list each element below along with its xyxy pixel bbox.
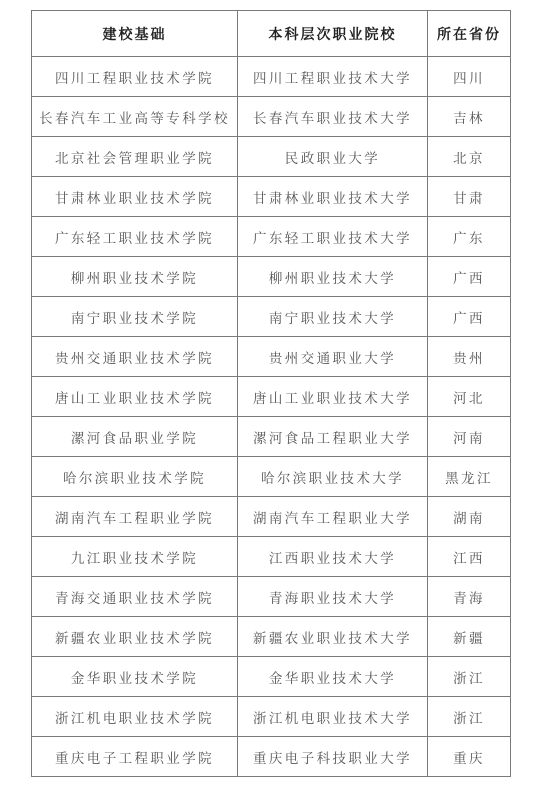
cell-university: 贵州交通职业大学 <box>238 337 428 377</box>
table-row: 甘肃林业职业技术学院 甘肃林业职业技术大学 甘肃 <box>32 177 511 217</box>
cell-university: 漯河食品工程职业大学 <box>238 417 428 457</box>
table-row: 哈尔滨职业技术学院 哈尔滨职业技术大学 黑龙江 <box>32 457 511 497</box>
cell-university: 广东轻工职业技术大学 <box>238 217 428 257</box>
table-row: 浙江机电职业技术学院 浙江机电职业技术大学 浙江 <box>32 697 511 737</box>
cell-province: 黑龙江 <box>428 457 511 497</box>
table-row: 新疆农业职业技术学院 新疆农业职业技术大学 新疆 <box>32 617 511 657</box>
cell-university: 长春汽车职业技术大学 <box>238 97 428 137</box>
cell-university: 金华职业技术大学 <box>238 657 428 697</box>
cell-founding-basis: 浙江机电职业技术学院 <box>32 697 238 737</box>
cell-province: 贵州 <box>428 337 511 377</box>
cell-university: 四川工程职业技术大学 <box>238 57 428 97</box>
cell-university: 唐山工业职业技术大学 <box>238 377 428 417</box>
table-row: 九江职业技术学院 江西职业技术大学 江西 <box>32 537 511 577</box>
cell-province: 四川 <box>428 57 511 97</box>
cell-province: 北京 <box>428 137 511 177</box>
cell-province: 江西 <box>428 537 511 577</box>
cell-founding-basis: 漯河食品职业学院 <box>32 417 238 457</box>
cell-province: 广东 <box>428 217 511 257</box>
cell-founding-basis: 长春汽车工业高等专科学校 <box>32 97 238 137</box>
cell-founding-basis: 广东轻工职业技术学院 <box>32 217 238 257</box>
cell-province: 浙江 <box>428 657 511 697</box>
header-province: 所在省份 <box>428 11 511 57</box>
schools-table: 建校基础 本科层次职业院校 所在省份 四川工程职业技术学院 四川工程职业技术大学… <box>31 10 511 777</box>
cell-founding-basis: 唐山工业职业技术学院 <box>32 377 238 417</box>
cell-university: 湖南汽车工程职业大学 <box>238 497 428 537</box>
cell-founding-basis: 九江职业技术学院 <box>32 537 238 577</box>
cell-university: 重庆电子科技职业大学 <box>238 737 428 777</box>
table-row: 贵州交通职业技术学院 贵州交通职业大学 贵州 <box>32 337 511 377</box>
table-row: 金华职业技术学院 金华职业技术大学 浙江 <box>32 657 511 697</box>
cell-founding-basis: 湖南汽车工程职业学院 <box>32 497 238 537</box>
cell-founding-basis: 哈尔滨职业技术学院 <box>32 457 238 497</box>
cell-province: 青海 <box>428 577 511 617</box>
cell-university: 江西职业技术大学 <box>238 537 428 577</box>
table-row: 四川工程职业技术学院 四川工程职业技术大学 四川 <box>32 57 511 97</box>
cell-founding-basis: 新疆农业职业技术学院 <box>32 617 238 657</box>
table-row: 漯河食品职业学院 漯河食品工程职业大学 河南 <box>32 417 511 457</box>
cell-founding-basis: 北京社会管理职业学院 <box>32 137 238 177</box>
cell-founding-basis: 金华职业技术学院 <box>32 657 238 697</box>
cell-university: 甘肃林业职业技术大学 <box>238 177 428 217</box>
cell-university: 民政职业大学 <box>238 137 428 177</box>
cell-province: 湖南 <box>428 497 511 537</box>
table-row: 北京社会管理职业学院 民政职业大学 北京 <box>32 137 511 177</box>
cell-university: 南宁职业技术大学 <box>238 297 428 337</box>
cell-province: 广西 <box>428 297 511 337</box>
cell-province: 吉林 <box>428 97 511 137</box>
cell-province: 浙江 <box>428 697 511 737</box>
header-undergraduate-vocational-school: 本科层次职业院校 <box>238 11 428 57</box>
table-row: 柳州职业技术学院 柳州职业技术大学 广西 <box>32 257 511 297</box>
cell-founding-basis: 重庆电子工程职业学院 <box>32 737 238 777</box>
table-row: 重庆电子工程职业学院 重庆电子科技职业大学 重庆 <box>32 737 511 777</box>
cell-university: 新疆农业职业技术大学 <box>238 617 428 657</box>
header-founding-basis: 建校基础 <box>32 11 238 57</box>
cell-founding-basis: 四川工程职业技术学院 <box>32 57 238 97</box>
cell-founding-basis: 贵州交通职业技术学院 <box>32 337 238 377</box>
table-row: 广东轻工职业技术学院 广东轻工职业技术大学 广东 <box>32 217 511 257</box>
cell-university: 柳州职业技术大学 <box>238 257 428 297</box>
cell-university: 浙江机电职业技术大学 <box>238 697 428 737</box>
cell-founding-basis: 南宁职业技术学院 <box>32 297 238 337</box>
table-row: 南宁职业技术学院 南宁职业技术大学 广西 <box>32 297 511 337</box>
table-row: 长春汽车工业高等专科学校 长春汽车职业技术大学 吉林 <box>32 97 511 137</box>
cell-province: 河北 <box>428 377 511 417</box>
cell-province: 甘肃 <box>428 177 511 217</box>
cell-founding-basis: 青海交通职业技术学院 <box>32 577 238 617</box>
cell-university: 哈尔滨职业技术大学 <box>238 457 428 497</box>
cell-province: 新疆 <box>428 617 511 657</box>
cell-province: 广西 <box>428 257 511 297</box>
cell-university: 青海职业技术大学 <box>238 577 428 617</box>
table-header-row: 建校基础 本科层次职业院校 所在省份 <box>32 11 511 57</box>
cell-founding-basis: 柳州职业技术学院 <box>32 257 238 297</box>
cell-province: 重庆 <box>428 737 511 777</box>
cell-founding-basis: 甘肃林业职业技术学院 <box>32 177 238 217</box>
table-row: 青海交通职业技术学院 青海职业技术大学 青海 <box>32 577 511 617</box>
cell-province: 河南 <box>428 417 511 457</box>
table-row: 湖南汽车工程职业学院 湖南汽车工程职业大学 湖南 <box>32 497 511 537</box>
table-row: 唐山工业职业技术学院 唐山工业职业技术大学 河北 <box>32 377 511 417</box>
